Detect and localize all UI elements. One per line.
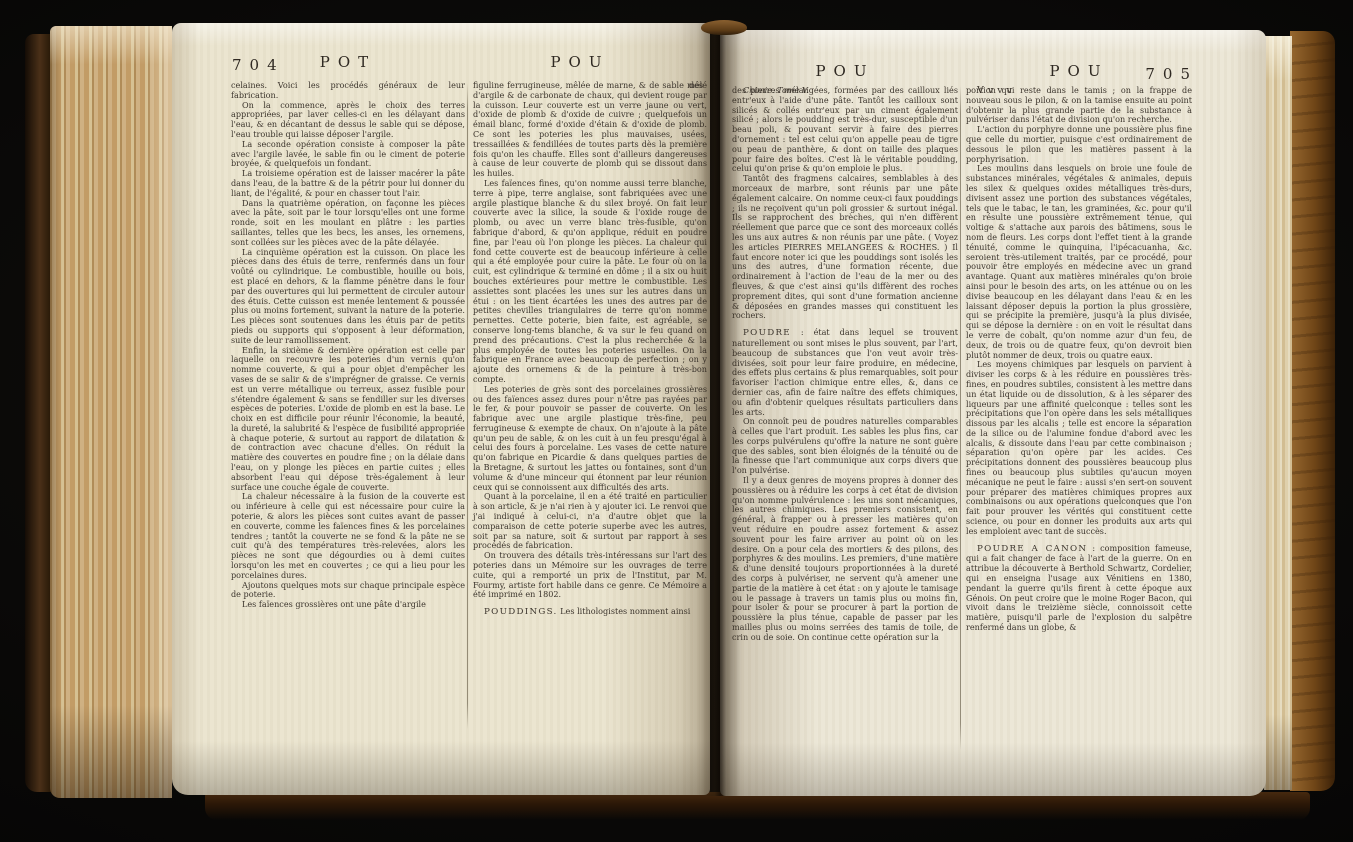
paragraph: On connoît peu de poudres naturelles com… (732, 417, 958, 476)
paragraph: portion qui reste dans le tamis ; on la … (966, 86, 1192, 125)
entry-headword: POUDRE A CANON (977, 544, 1087, 554)
paragraph: Enfin, la sixième & dernière opération e… (231, 346, 465, 493)
column-rule (467, 83, 468, 729)
entry-paragraph: POUDRE A CANON : composition fameuse, qu… (966, 544, 1192, 633)
paragraph: celaines. Voici les procédés généraux de… (231, 81, 465, 101)
paragraph: Les poteries de grès sont des porcelaine… (473, 385, 707, 493)
paragraph: Dans la quatrième opération, on façonne … (231, 199, 465, 248)
paragraph: La chaleur nécessaire à la fusion de la … (231, 492, 465, 580)
spine-headband (701, 20, 747, 35)
entry-headword: POUDRE (743, 328, 791, 338)
right-page-column-1: des pierres mélangées, formées par des c… (732, 86, 958, 96)
paragraph: On la commence, après le choix des terre… (231, 101, 465, 140)
paragraph: des pierres mélangées, formées par des c… (732, 86, 958, 174)
paragraph: Tantôt des fragmens calcaires, semblable… (732, 174, 958, 321)
left-page-column-2: figuline ferrugineuse, mêlée de marne, &… (473, 81, 707, 91)
paragraph: Les faïences grossières ont une pâte d'a… (231, 600, 465, 610)
left-page-block-fore-edge (50, 26, 172, 798)
entry-headword: POUDDINGS. (484, 607, 558, 617)
running-title-pou: POU (999, 62, 1159, 80)
running-title-pou: POU (765, 62, 925, 80)
paragraph: Les moyens chimiques par lesquels on par… (966, 360, 1192, 536)
entry-paragraph: POUDDINGS. Les lithologistes nomment ain… (473, 607, 707, 618)
open-book: 704 POT POU celaines. Voici les procédés… (0, 0, 1353, 842)
paragraph: figuline ferrugineuse, mêlée de marne, &… (473, 81, 707, 179)
paragraph: La seconde opération consiste à composer… (231, 140, 465, 169)
running-title-pou: POU (500, 53, 660, 71)
paragraph: On trouvera des détails très-intéressans… (473, 551, 707, 600)
left-cover-leather-edge (25, 34, 52, 792)
right-page-block-fore-edge (1264, 36, 1292, 790)
paragraph: Ajoutons quelques mots sur chaque princi… (231, 581, 465, 601)
right-page-column-2: portion qui reste dans le tamis ; on la … (966, 86, 1192, 96)
paragraph: Les faïences fines, qu'on nomme aussi te… (473, 179, 707, 385)
column-text: figuline ferrugineuse, mêlée de marne, &… (473, 81, 707, 618)
left-page: 704 POT POU celaines. Voici les procédés… (172, 23, 710, 795)
paragraph: L'action du porphyre donne une poussière… (966, 125, 1192, 164)
running-title-pot: POT (268, 53, 428, 71)
paragraph: La cinquième opération est la cuisson. O… (231, 248, 465, 346)
column-text: portion qui reste dans le tamis ; on la … (966, 86, 1192, 633)
right-page: POU POU 705 des pierres mélangées, formé… (720, 30, 1266, 796)
book-bottom-board (205, 792, 1310, 820)
right-cover-leather-edge (1290, 31, 1335, 791)
paragraph: La troisieme opération est de laisser ma… (231, 169, 465, 198)
paragraph: Quant à la porcelaine, il en a été trait… (473, 492, 707, 551)
paragraph: Il y a deux genres de moyens propres à d… (732, 476, 958, 643)
column-text: des pierres mélangées, formées par des c… (732, 86, 958, 643)
photo-background: 704 POT POU celaines. Voici les procédés… (0, 0, 1353, 842)
paragraph: Les moulins dans lesquels on broie une f… (966, 164, 1192, 360)
column-text: celaines. Voici les procédés généraux de… (231, 81, 465, 610)
column-rule (960, 86, 961, 750)
entry-paragraph: POUDRE : état dans lequel se trouvent na… (732, 328, 958, 417)
right-page-number: 705 (1138, 65, 1198, 83)
